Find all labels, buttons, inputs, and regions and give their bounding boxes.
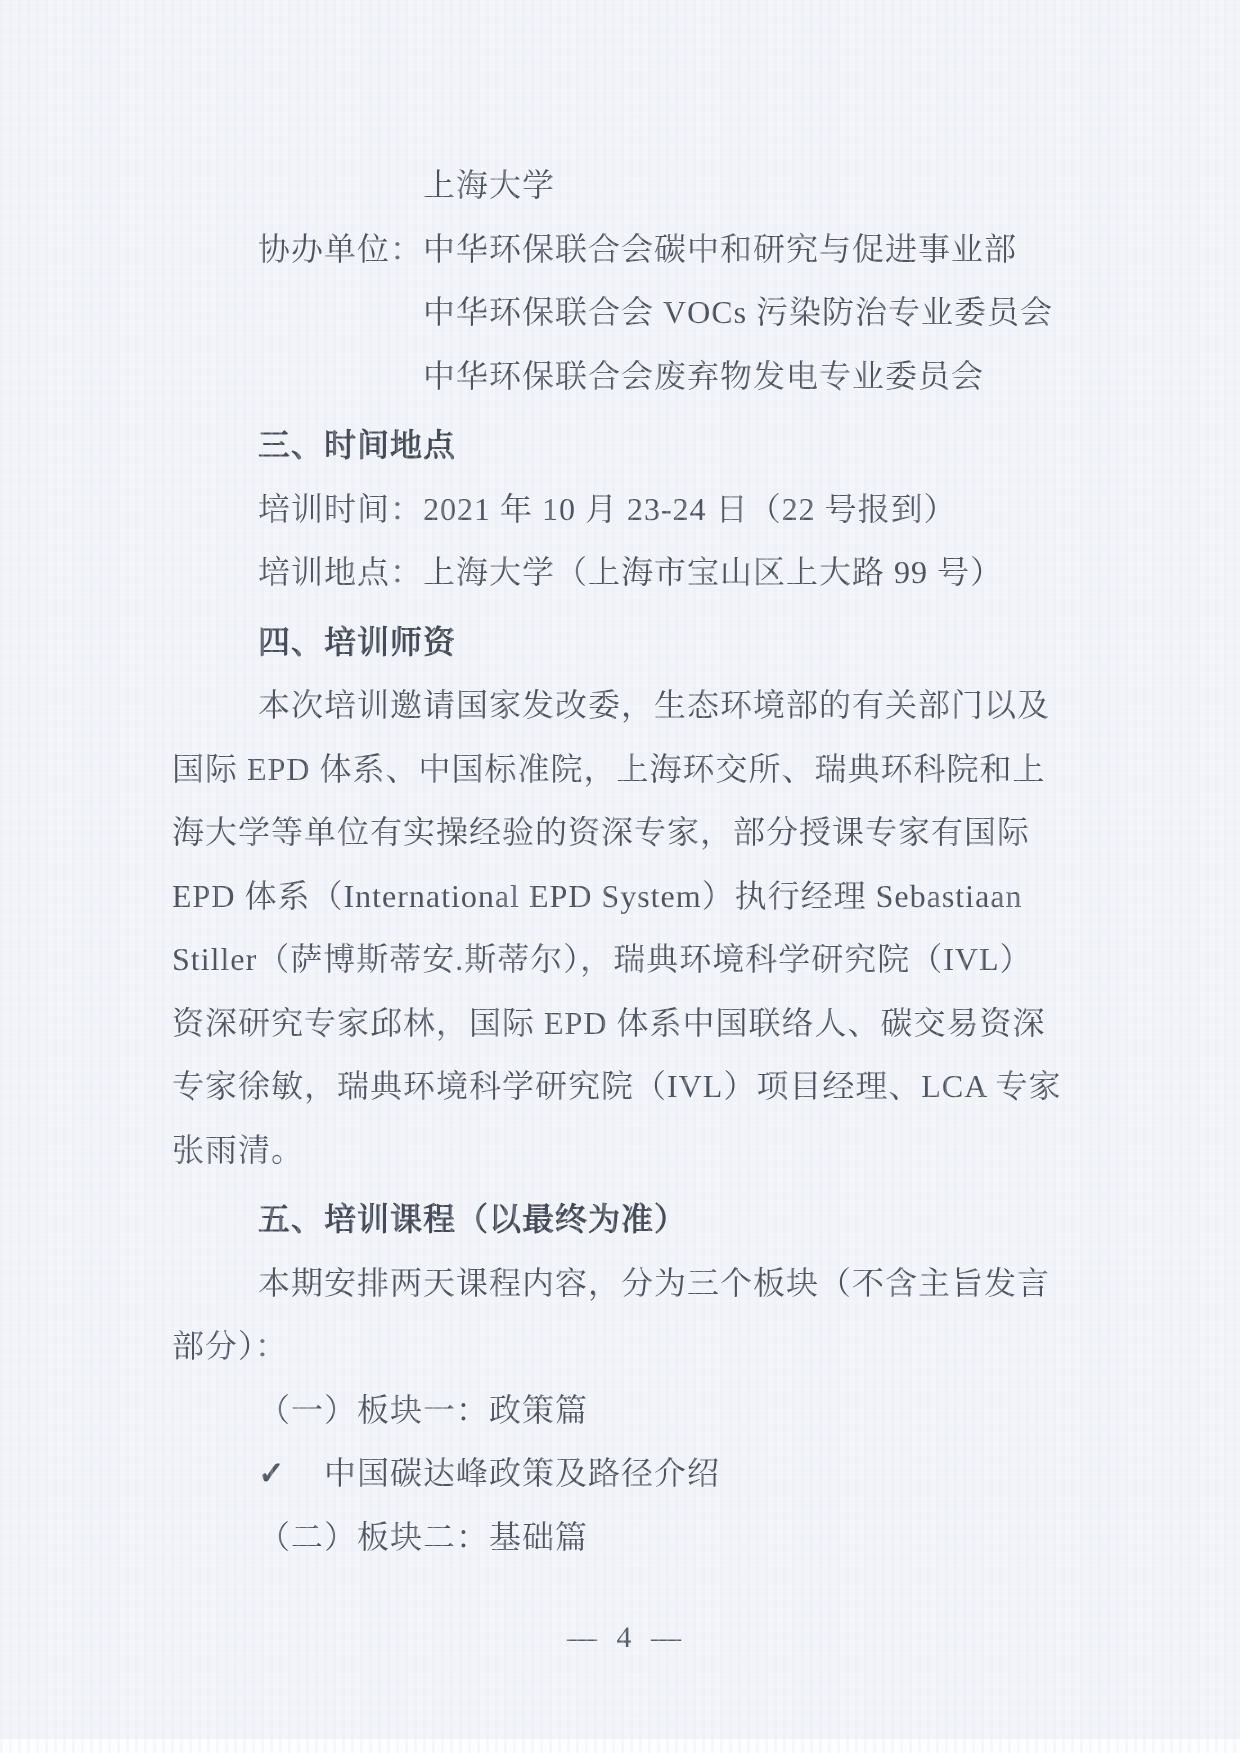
document-page: { "page": { "background_color": "#f3f5fa… (0, 0, 1240, 1753)
module-1-line: （一）板块一：政策篇 (172, 1379, 1082, 1443)
module-2-line: （二）板块二：基础篇 (172, 1506, 1082, 1570)
co-organizer-line-3: 中华环保联合会废弃物发电专业委员会 (172, 345, 1082, 409)
course-intro-line: 部分）： (172, 1315, 1082, 1379)
course-intro-line: 本期安排两天课程内容，分为三个板块（不含主旨发言 (172, 1252, 1082, 1316)
faculty-paragraph-line: 张雨清。 (172, 1119, 1082, 1183)
organizer-host-line: 上海大学 (172, 154, 1082, 218)
faculty-paragraph-line: EPD 体系（International EPD System）执行经理 Seb… (172, 865, 1082, 929)
faculty-paragraph-line: 本次培训邀请国家发改委，生态环境部的有关部门以及 (172, 674, 1082, 738)
faculty-paragraph-line: 资深研究专家邱林，国际 EPD 体系中国联络人、碳交易资深 (172, 992, 1082, 1056)
faculty-paragraph-line: 国际 EPD 体系、中国标准院，上海环交所、瑞典环科院和上 (172, 738, 1082, 802)
section-heading-time-place: 三、时间地点 (172, 414, 1082, 478)
section-heading-faculty: 四、培训师资 (172, 611, 1082, 675)
document-body: 上海大学 协办单位：中华环保联合会碳中和研究与促进事业部 中华环保联合会 VOC… (172, 154, 1082, 1569)
co-organizer-label-line: 协办单位：中华环保联合会碳中和研究与促进事业部 (172, 218, 1082, 282)
course-item-line: ✓中国碳达峰政策及路径介绍 (172, 1442, 1082, 1506)
section-heading-courses: 五、培训课程（以最终为准） (172, 1188, 1082, 1252)
co-organizer-line-2: 中华环保联合会 VOCs 污染防治专业委员会 (172, 281, 1082, 345)
faculty-paragraph-line: 海大学等单位有实操经验的资深专家，部分授课专家有国际 (172, 801, 1082, 865)
training-venue-line: 培训地点：上海大学（上海市宝山区上大路 99 号） (172, 541, 1082, 605)
faculty-paragraph-line: 专家徐敏，瑞典环境科学研究院（IVL）项目经理、LCA 专家 (172, 1055, 1082, 1119)
page-number: — 4 — (172, 1616, 1082, 1660)
scan-bottom-edge (0, 1739, 1240, 1753)
training-time-line: 培训时间：2021 年 10 月 23-24 日（22 号报到） (172, 478, 1082, 542)
faculty-paragraph-line: Stiller（萨博斯蒂安.斯蒂尔），瑞典环境科学研究院（IVL） (172, 928, 1082, 992)
checkmark-icon: ✓ (258, 1442, 324, 1506)
course-item-text: 中国碳达峰政策及路径介绍 (324, 1455, 720, 1491)
